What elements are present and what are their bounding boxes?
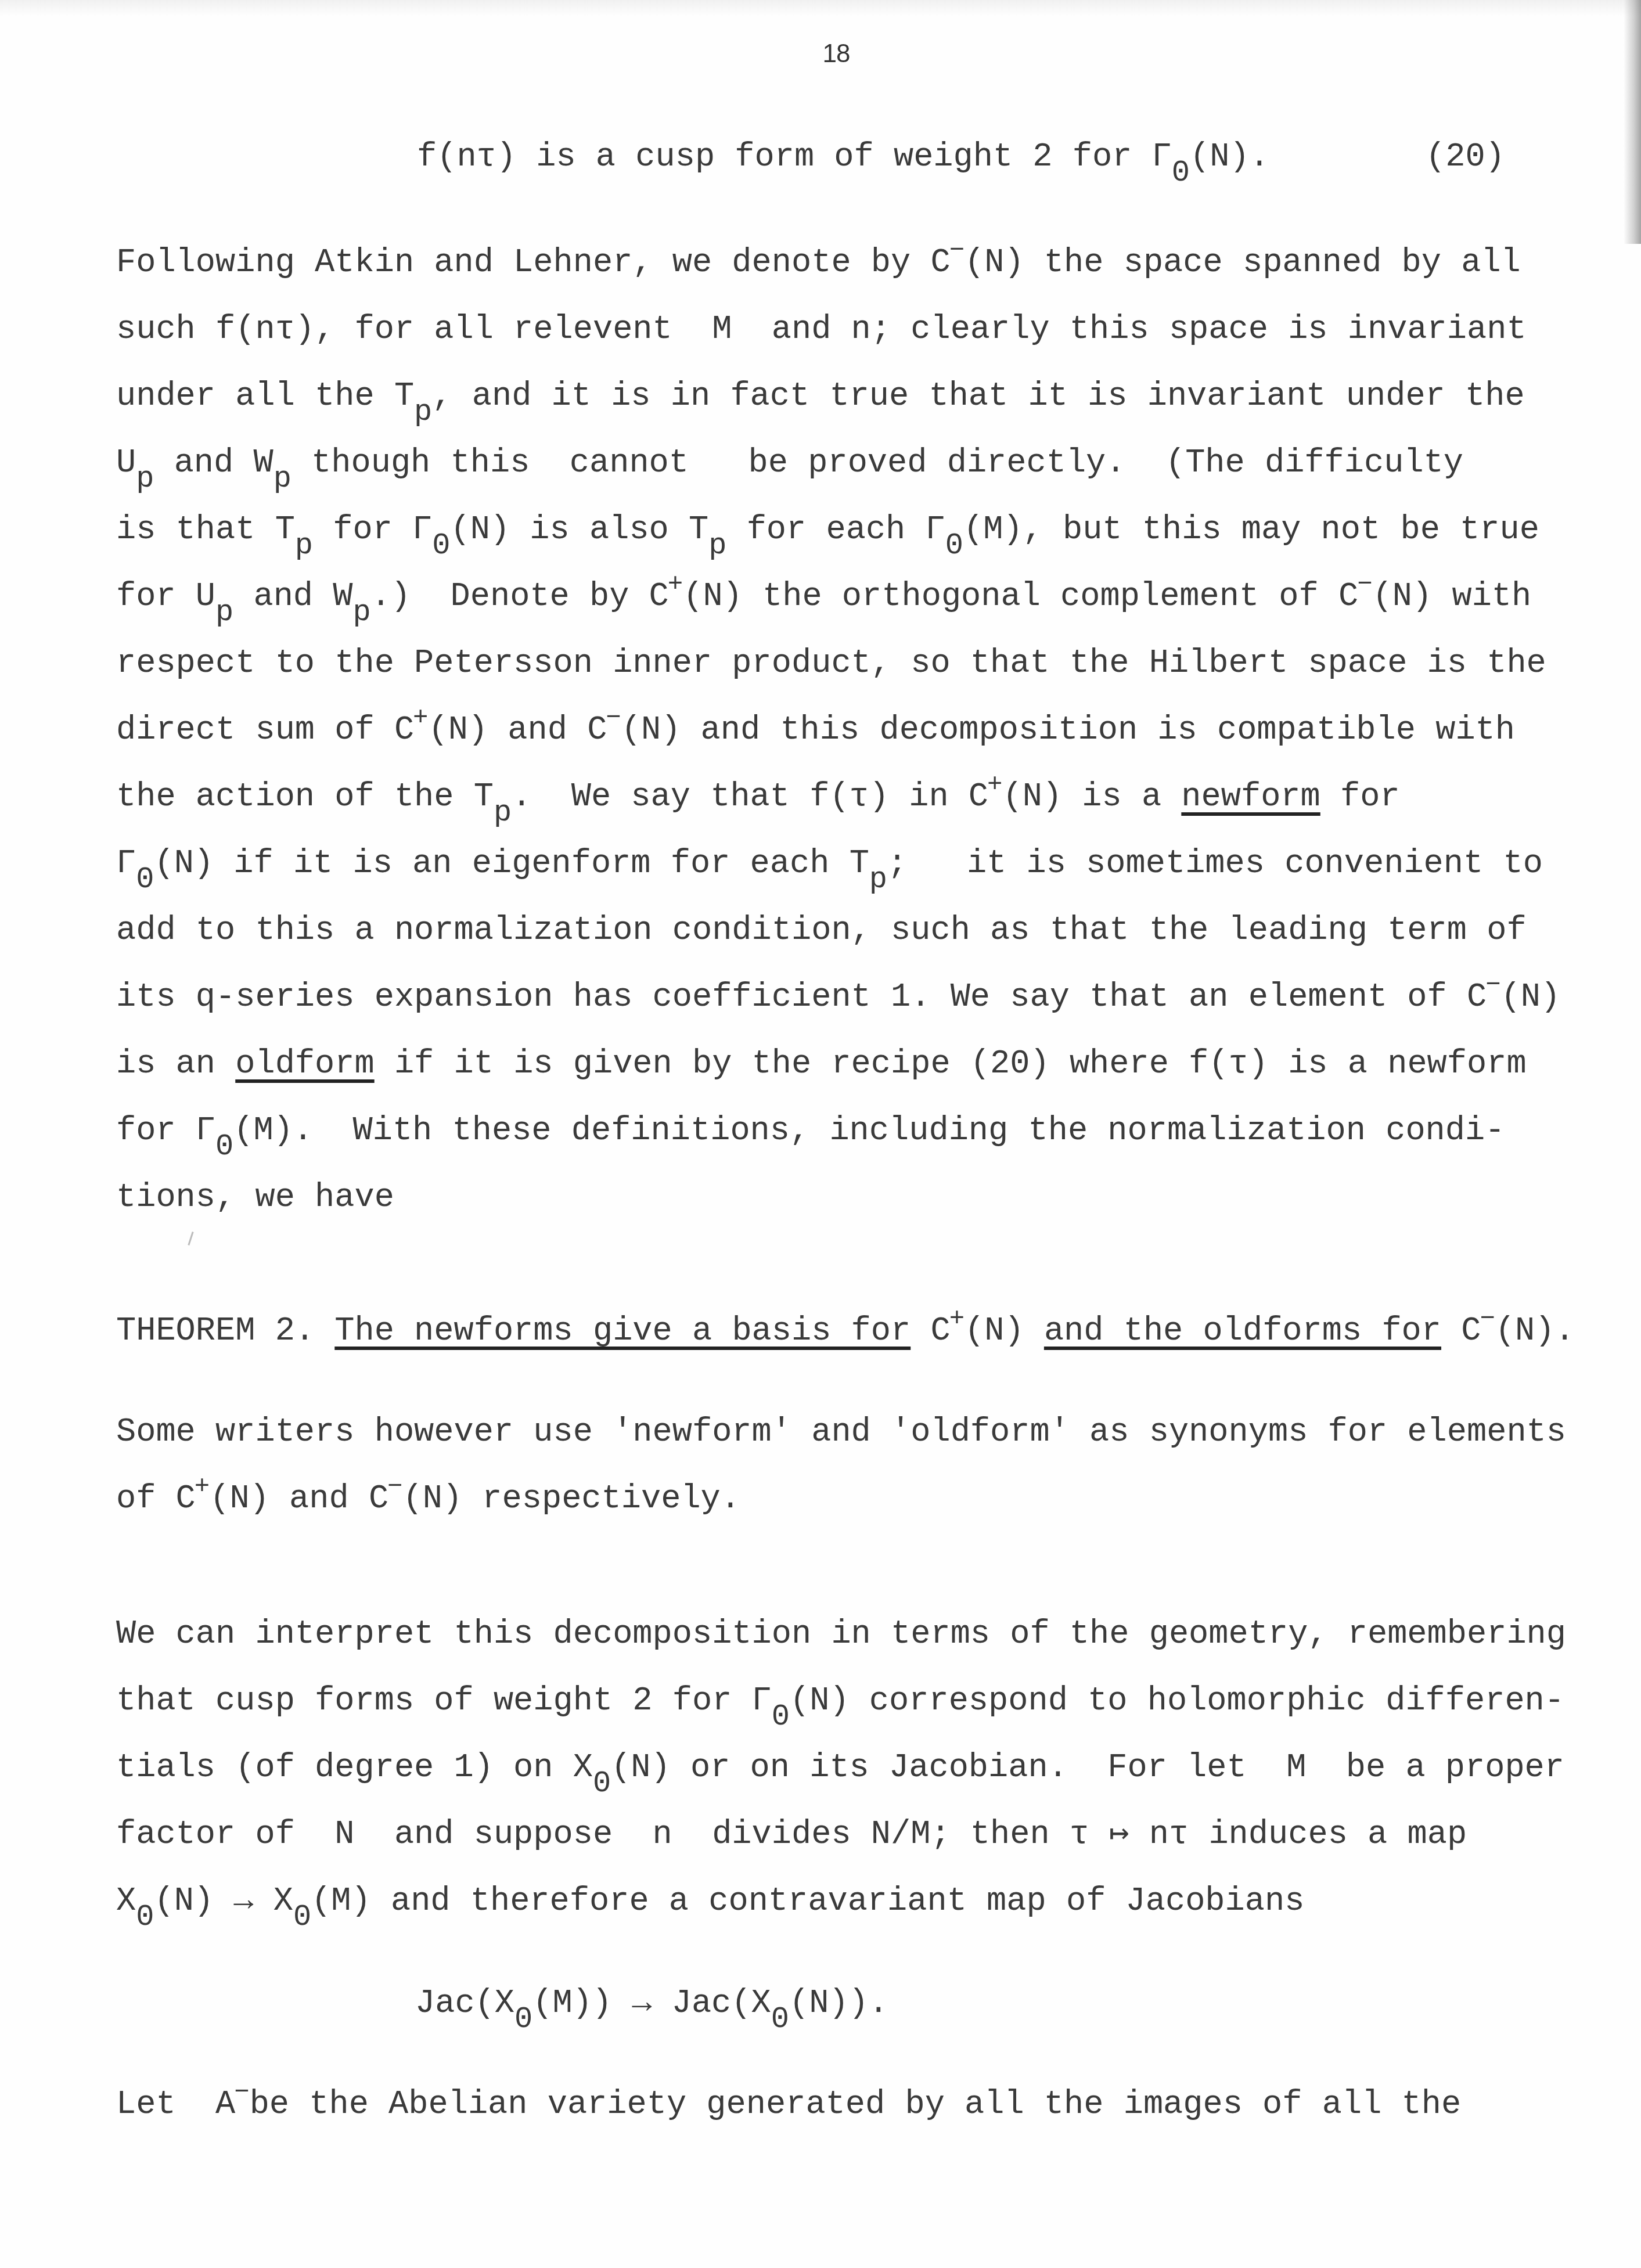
- subscript: 0: [945, 528, 963, 563]
- text-line: under all the Tp, and it is in fact true…: [116, 376, 1525, 417]
- text-run: though this cannot be proved directly. (…: [292, 445, 1463, 482]
- underlined-term: oldform: [235, 1046, 374, 1083]
- text-run: tials (of degree 1) on X: [116, 1749, 593, 1787]
- text-line: is that Tp for Γ0(N) is also Tp for each…: [116, 510, 1539, 551]
- text-run: (N) is a: [1002, 779, 1181, 816]
- page-number: 18: [813, 39, 859, 69]
- text-run: the action of the T: [116, 779, 494, 816]
- subscript: 0: [136, 1900, 154, 1934]
- text-run: (N): [1501, 979, 1561, 1016]
- text-run: under all the T: [116, 378, 414, 415]
- subscript: 0: [1172, 156, 1190, 190]
- subscript: 0: [514, 2002, 532, 2036]
- text-line: that cusp forms of weight 2 for Γ0(N) co…: [116, 1681, 1564, 1722]
- text-run: (N) the orthogonal complement of C: [683, 578, 1358, 615]
- superscript: +: [195, 1473, 210, 1502]
- subscript: 0: [432, 528, 450, 563]
- text-line: of C+(N) and C−(N) respectively.: [116, 1479, 740, 1521]
- text-run: THEOREM 2.: [116, 1313, 334, 1350]
- text-line: such f(nτ), for all relevent M and n; cl…: [116, 309, 1527, 350]
- stray-pen-mark: [188, 1232, 193, 1245]
- text-run: direct sum of C: [116, 712, 414, 749]
- text-run: (M). With these definitions, including t…: [233, 1113, 1505, 1150]
- text-run: for: [1320, 779, 1400, 816]
- text-run: X: [116, 1883, 136, 1920]
- underlined-term: newform: [1181, 779, 1320, 816]
- text-run: (20): [1426, 139, 1505, 176]
- superscript: −: [606, 704, 621, 733]
- subscript: p: [295, 528, 313, 563]
- text-run: (M), but this may not be true: [963, 512, 1539, 549]
- text-line: Some writers however use 'newform' and '…: [116, 1412, 1566, 1453]
- text-line: is an oldform if it is given by the reci…: [116, 1044, 1527, 1085]
- underlined-term: and the oldforms for: [1044, 1313, 1441, 1350]
- text-run: if it is given by the recipe (20) where …: [375, 1046, 1527, 1083]
- text-run: Following Atkin and Lehner, we denote by…: [116, 244, 951, 282]
- subscript: 0: [136, 862, 154, 897]
- text-run: and W: [233, 578, 352, 615]
- text-run: We can interpret this decomposition in t…: [116, 1616, 1566, 1653]
- text-line: respect to the Petersson inner product, …: [116, 643, 1546, 684]
- text-run: . We say that f(τ) in C: [512, 779, 988, 816]
- subscript: 0: [215, 1129, 233, 1164]
- superscript: +: [413, 704, 428, 733]
- subscript: p: [869, 862, 887, 897]
- text-run: (N)).: [789, 1985, 888, 2022]
- subscript: p: [352, 595, 370, 629]
- subscript: p: [708, 528, 726, 563]
- text-line: tions, we have: [116, 1178, 394, 1218]
- text-run: is that T: [116, 512, 295, 549]
- subscript: 0: [593, 1766, 611, 1801]
- text-run: (N) with: [1373, 578, 1532, 615]
- equation-number: (20): [1426, 137, 1505, 178]
- text-line: for Up and Wp.) Denote by C+(N) the orth…: [116, 577, 1531, 619]
- text-run: (N) correspond to holomorphic differen-: [790, 1683, 1564, 1720]
- display-formula: f(nτ) is a cusp form of weight 2 for Γ0(…: [417, 137, 1269, 178]
- superscript: −: [1485, 971, 1500, 1000]
- subscript: 0: [772, 1700, 790, 1734]
- text-run: be the Abelian variety generated by all …: [250, 2086, 1462, 2123]
- document-page: 18 f(nτ) is a cusp form of weight 2 for …: [0, 0, 1641, 2268]
- superscript: +: [668, 570, 683, 599]
- text-run: factor of N and suppose n divides N/M; t…: [116, 1816, 1467, 1853]
- text-run: for Γ: [313, 512, 432, 549]
- text-line: its q-series expansion has coefficient 1…: [116, 977, 1560, 1020]
- subscript: p: [273, 462, 292, 496]
- text-run: Γ: [116, 845, 136, 883]
- text-run: (N) or on its Jacobian. For let M be a p…: [611, 1749, 1564, 1787]
- text-run: its q-series expansion has coefficient 1…: [116, 979, 1487, 1016]
- text-run: C: [911, 1313, 950, 1350]
- superscript: −: [234, 2078, 249, 2107]
- theorem-statement: THEOREM 2. The newforms give a basis for…: [116, 1311, 1575, 1353]
- scan-edge-shadow: [1624, 0, 1641, 244]
- text-line: for Γ0(M). With these definitions, inclu…: [116, 1111, 1505, 1152]
- subscript: 0: [293, 1900, 311, 1934]
- text-line: X0(N) → X0(M) and therefore a contravari…: [116, 1881, 1304, 1923]
- text-run: U: [116, 445, 136, 482]
- superscript: +: [949, 1305, 965, 1334]
- text-run: (N) respectively.: [403, 1481, 741, 1518]
- text-line: the action of the Tp. We say that f(τ) i…: [116, 777, 1400, 819]
- text-line: tials (of degree 1) on X0(N) or on its J…: [116, 1748, 1564, 1789]
- text-line: add to this a normalization condition, s…: [116, 910, 1527, 951]
- text-run: .) Denote by C: [371, 578, 669, 615]
- text-run: for U: [116, 578, 215, 615]
- text-run: (N) if it is an eigenform for each T: [154, 845, 869, 883]
- subscript: p: [494, 795, 512, 830]
- text-run: Jac(X: [415, 1985, 514, 2022]
- superscript: −: [949, 236, 965, 265]
- subscript: p: [414, 395, 432, 429]
- text-run: ; it is sometimes convenient to: [887, 845, 1543, 883]
- text-line: Γ0(N) if it is an eigenform for each Tp;…: [116, 844, 1543, 885]
- text-run: f(nτ) is a cusp form of weight 2 for Γ: [417, 139, 1172, 176]
- text-line: Let A−be the Abelian variety generated b…: [116, 2085, 1461, 2127]
- text-line: We can interpret this decomposition in t…: [116, 1614, 1566, 1655]
- text-run: (M)) → Jac(X: [532, 1985, 771, 2022]
- text-run: (N) and this decomposition is compatible…: [621, 712, 1515, 749]
- text-run: tions, we have: [116, 1179, 394, 1216]
- underlined-term: The newforms give a basis for: [334, 1313, 911, 1350]
- text-line: direct sum of C+(N) and C−(N) and this d…: [116, 710, 1515, 753]
- text-run: for Γ: [116, 1113, 215, 1150]
- text-run: (N) → X: [154, 1883, 293, 1920]
- text-run: (N) the space spanned by all: [965, 244, 1521, 282]
- text-run: that cusp forms of weight 2 for Γ: [116, 1683, 772, 1720]
- text-run: (N) is also T: [451, 512, 709, 549]
- text-run: add to this a normalization condition, s…: [116, 912, 1527, 949]
- text-run: C: [1441, 1313, 1481, 1350]
- text-run: , and it is in fact true that it is inva…: [432, 378, 1524, 415]
- subscript: 0: [771, 2002, 789, 2036]
- subscript: p: [215, 595, 233, 629]
- superscript: +: [987, 771, 1002, 800]
- superscript: −: [1357, 570, 1372, 599]
- superscript: −: [387, 1473, 402, 1502]
- text-run: for each Γ: [726, 512, 945, 549]
- text-run: Let A: [116, 2086, 235, 2123]
- text-run: is an: [116, 1046, 235, 1083]
- text-line: Following Atkin and Lehner, we denote by…: [116, 243, 1521, 285]
- text-line: factor of N and suppose n divides N/M; t…: [116, 1815, 1467, 1855]
- display-formula: Jac(X0(M)) → Jac(X0(N)).: [415, 1983, 888, 2025]
- text-run: (N).: [1190, 139, 1269, 176]
- superscript: −: [1480, 1305, 1495, 1334]
- text-run: (N): [965, 1313, 1044, 1350]
- scan-top-shading: [0, 0, 1641, 16]
- text-run: (N) and C: [429, 712, 607, 749]
- text-run: (N) and C: [210, 1481, 388, 1518]
- text-run: (M) and therefore a contravariant map of…: [311, 1883, 1304, 1920]
- text-run: respect to the Petersson inner product, …: [116, 645, 1546, 682]
- text-run: Some writers however use 'newform' and '…: [116, 1414, 1566, 1451]
- text-run: (N).: [1495, 1313, 1575, 1350]
- text-line: Up and Wp though this cannot be proved d…: [116, 443, 1463, 484]
- text-run: such f(nτ), for all relevent M and n; cl…: [116, 311, 1527, 348]
- subscript: p: [136, 462, 154, 496]
- text-run: of C: [116, 1481, 196, 1518]
- text-run: and W: [154, 445, 273, 482]
